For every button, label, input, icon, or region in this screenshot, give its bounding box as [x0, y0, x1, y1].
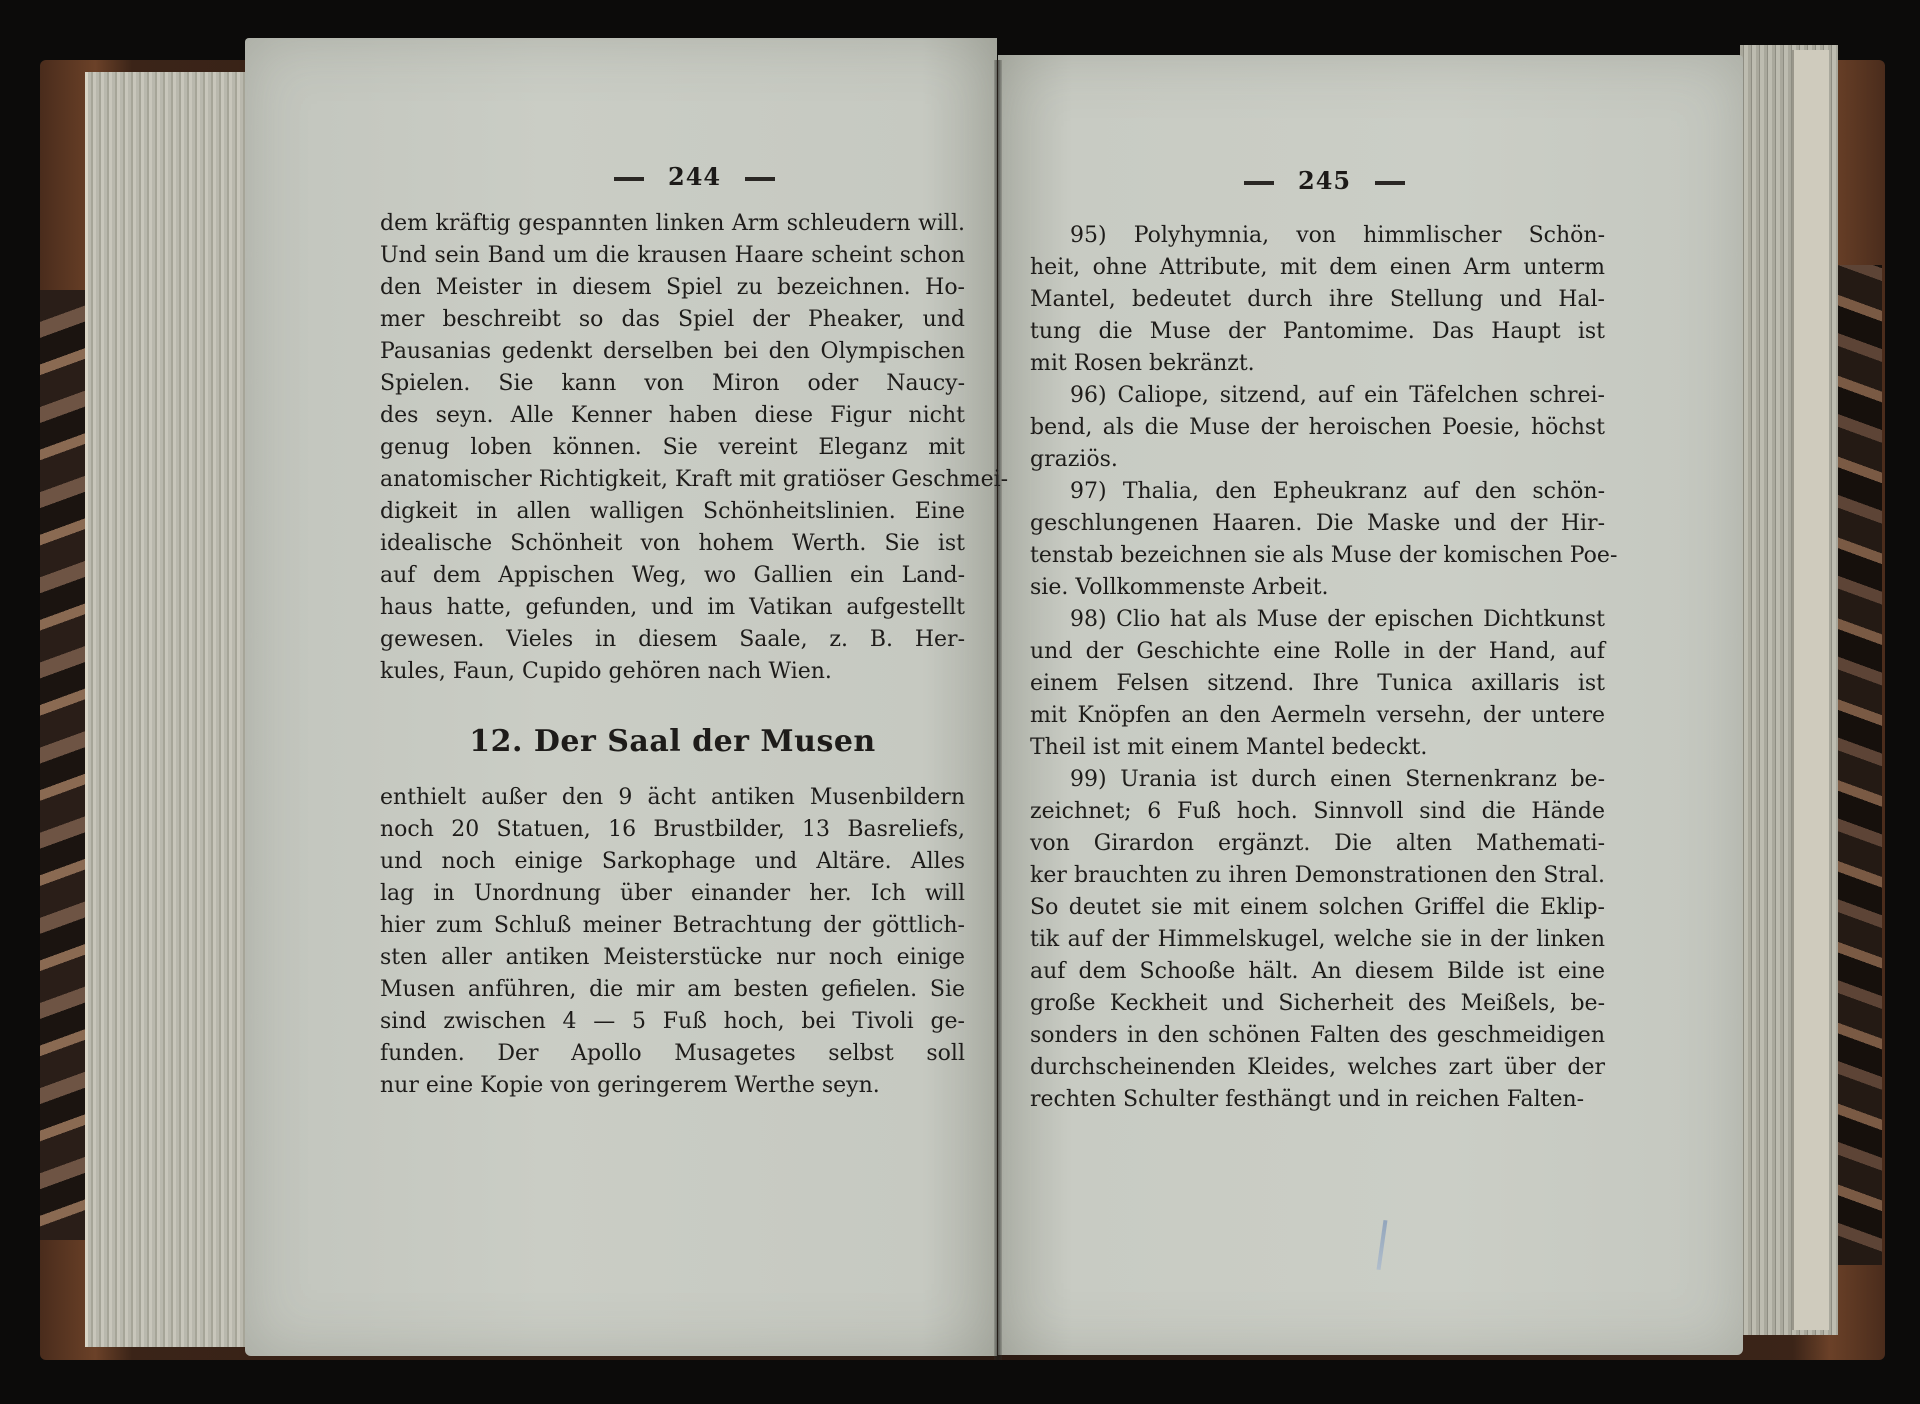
text-line: noch 20 Statuen, 16 Brustbilder, 13 Basr… — [380, 814, 965, 846]
text-line: graziös. — [1030, 444, 1605, 476]
page-stack-left — [85, 72, 248, 1347]
text-line: tenstab bezeichnen sie als Muse der komi… — [1030, 540, 1605, 572]
text-line: sind zwischen 4 — 5 Fuß hoch, bei Tivoli… — [380, 1006, 965, 1038]
text-line: digkeit in allen walligen Schönheitslini… — [380, 496, 965, 528]
text-line: Pausanias gedenkt derselben bei den Olym… — [380, 336, 965, 368]
text-line: anatomischer Richtigkeit, Kraft mit grat… — [380, 464, 965, 496]
dash-ornament — [745, 177, 775, 181]
text-line: einem Felsen sitzend. Ihre Tunica axilla… — [1030, 668, 1605, 700]
text-line: 95) Polyhymnia, von himmlischer Schön- — [1030, 220, 1605, 252]
text-line: hier zum Schluß meiner Betrachtung der g… — [380, 910, 965, 942]
text-line: auf dem Schooße hält. An diesem Bilde is… — [1030, 956, 1605, 988]
marbled-board-right — [1837, 265, 1882, 1265]
text-line: genug loben können. Sie vereint Eleganz … — [380, 432, 965, 464]
page-number-left: 244 — [590, 162, 799, 191]
text-line: mit Rosen bekränzt. — [1030, 348, 1605, 380]
dash-ornament — [1375, 181, 1405, 185]
dash-ornament — [614, 177, 644, 181]
text-line: von Girardon ergänzt. Die alten Mathemat… — [1030, 828, 1605, 860]
text-line: haus hatte, gefunden, und im Vatikan auf… — [380, 592, 965, 624]
text-line: idealische Schönheit von hohem Werth. Si… — [380, 528, 965, 560]
text-line: kules, Faun, Cupido gehören nach Wien. — [380, 656, 965, 688]
text-line: auf dem Appischen Weg, wo Gallien ein La… — [380, 560, 965, 592]
text-line: 99) Urania ist durch einen Sternenkranz … — [1030, 764, 1605, 796]
text-line: rechten Schulter festhängt und in reiche… — [1030, 1084, 1605, 1116]
marbled-board-left — [40, 290, 85, 1240]
text-line: geschlungenen Haaren. Die Maske und der … — [1030, 508, 1605, 540]
right-page-text: 95) Polyhymnia, von himmlischer Schön-he… — [1030, 220, 1605, 1116]
text-line: lag in Unordnung über einander her. Ich … — [380, 878, 965, 910]
text-line: und noch einige Sarkophage und Altäre. A… — [380, 846, 965, 878]
text-line: funden. Der Apollo Musagetes selbst soll — [380, 1038, 965, 1070]
text-line: sie. Vollkommenste Arbeit. — [1030, 572, 1605, 604]
section-heading: 12. Der Saal der Musen — [380, 706, 965, 778]
text-line: zeichnet; 6 Fuß hoch. Sinnvoll sind die … — [1030, 796, 1605, 828]
page-number-left-text: 244 — [668, 162, 721, 191]
text-line: Musen anführen, die mir am besten gefiel… — [380, 974, 965, 1006]
text-line: den Meister in diesem Spiel zu bezeichne… — [380, 272, 965, 304]
paragraph-saal-der-musen: enthielt außer den 9 ächt antiken Musenb… — [380, 782, 965, 1102]
text-line: mit Knöpfen an den Aermeln versehn, der … — [1030, 700, 1605, 732]
paragraph-continued: dem kräftig gespannten linken Arm schleu… — [380, 208, 965, 688]
text-line: 96) Caliope, sitzend, auf ein Täfelchen … — [1030, 380, 1605, 412]
text-line: heit, ohne Attribute, mit dem einen Arm … — [1030, 252, 1605, 284]
text-line: gewesen. Vieles in diesem Saale, z. B. H… — [380, 624, 965, 656]
text-line: nur eine Kopie von geringerem Werthe sey… — [380, 1070, 965, 1102]
text-line: bend, als die Muse der heroischen Poesie… — [1030, 412, 1605, 444]
text-line: und der Geschichte eine Rolle in der Han… — [1030, 636, 1605, 668]
text-line: tik auf der Himmelskugel, welche sie in … — [1030, 924, 1605, 956]
text-line: mer beschreibt so das Spiel der Pheaker,… — [380, 304, 965, 336]
muse-catalogue: 95) Polyhymnia, von himmlischer Schön-he… — [1030, 220, 1605, 1116]
text-line: Spielen. Sie kann von Miron oder Naucy- — [380, 368, 965, 400]
text-line: Mantel, bedeutet durch ihre Stellung und… — [1030, 284, 1605, 316]
text-line: 98) Clio hat als Muse der epischen Dicht… — [1030, 604, 1605, 636]
text-line: Und sein Band um die krausen Haare schei… — [380, 240, 965, 272]
text-line: tung die Muse der Pantomime. Das Haupt i… — [1030, 316, 1605, 348]
text-line: durchscheinenden Kleides, welches zart ü… — [1030, 1052, 1605, 1084]
text-line: 97) Thalia, den Epheukranz auf den schön… — [1030, 476, 1605, 508]
text-line: Theil ist mit einem Mantel bedeckt. — [1030, 732, 1605, 764]
text-line: sonders in den schönen Falten des geschm… — [1030, 1020, 1605, 1052]
text-line: sten aller antiken Meisterstücke nur noc… — [380, 942, 965, 974]
text-line: So deutet sie mit einem solchen Griffel … — [1030, 892, 1605, 924]
text-line: ker brauchten zu ihren Demonstrationen d… — [1030, 860, 1605, 892]
page-number-right-text: 245 — [1298, 166, 1351, 195]
text-line: des seyn. Alle Kenner haben diese Figur … — [380, 400, 965, 432]
page-number-right: 245 — [1220, 166, 1429, 195]
dash-ornament — [1244, 181, 1274, 185]
text-line: große Keckheit und Sicherheit des Meißel… — [1030, 988, 1605, 1020]
text-line: enthielt außer den 9 ächt antiken Musenb… — [380, 782, 965, 814]
flyleaf-right — [1792, 50, 1829, 1330]
left-page-text: dem kräftig gespannten linken Arm schleu… — [380, 208, 965, 1102]
text-line: dem kräftig gespannten linken Arm schleu… — [380, 208, 965, 240]
book-gutter — [994, 60, 1002, 1360]
